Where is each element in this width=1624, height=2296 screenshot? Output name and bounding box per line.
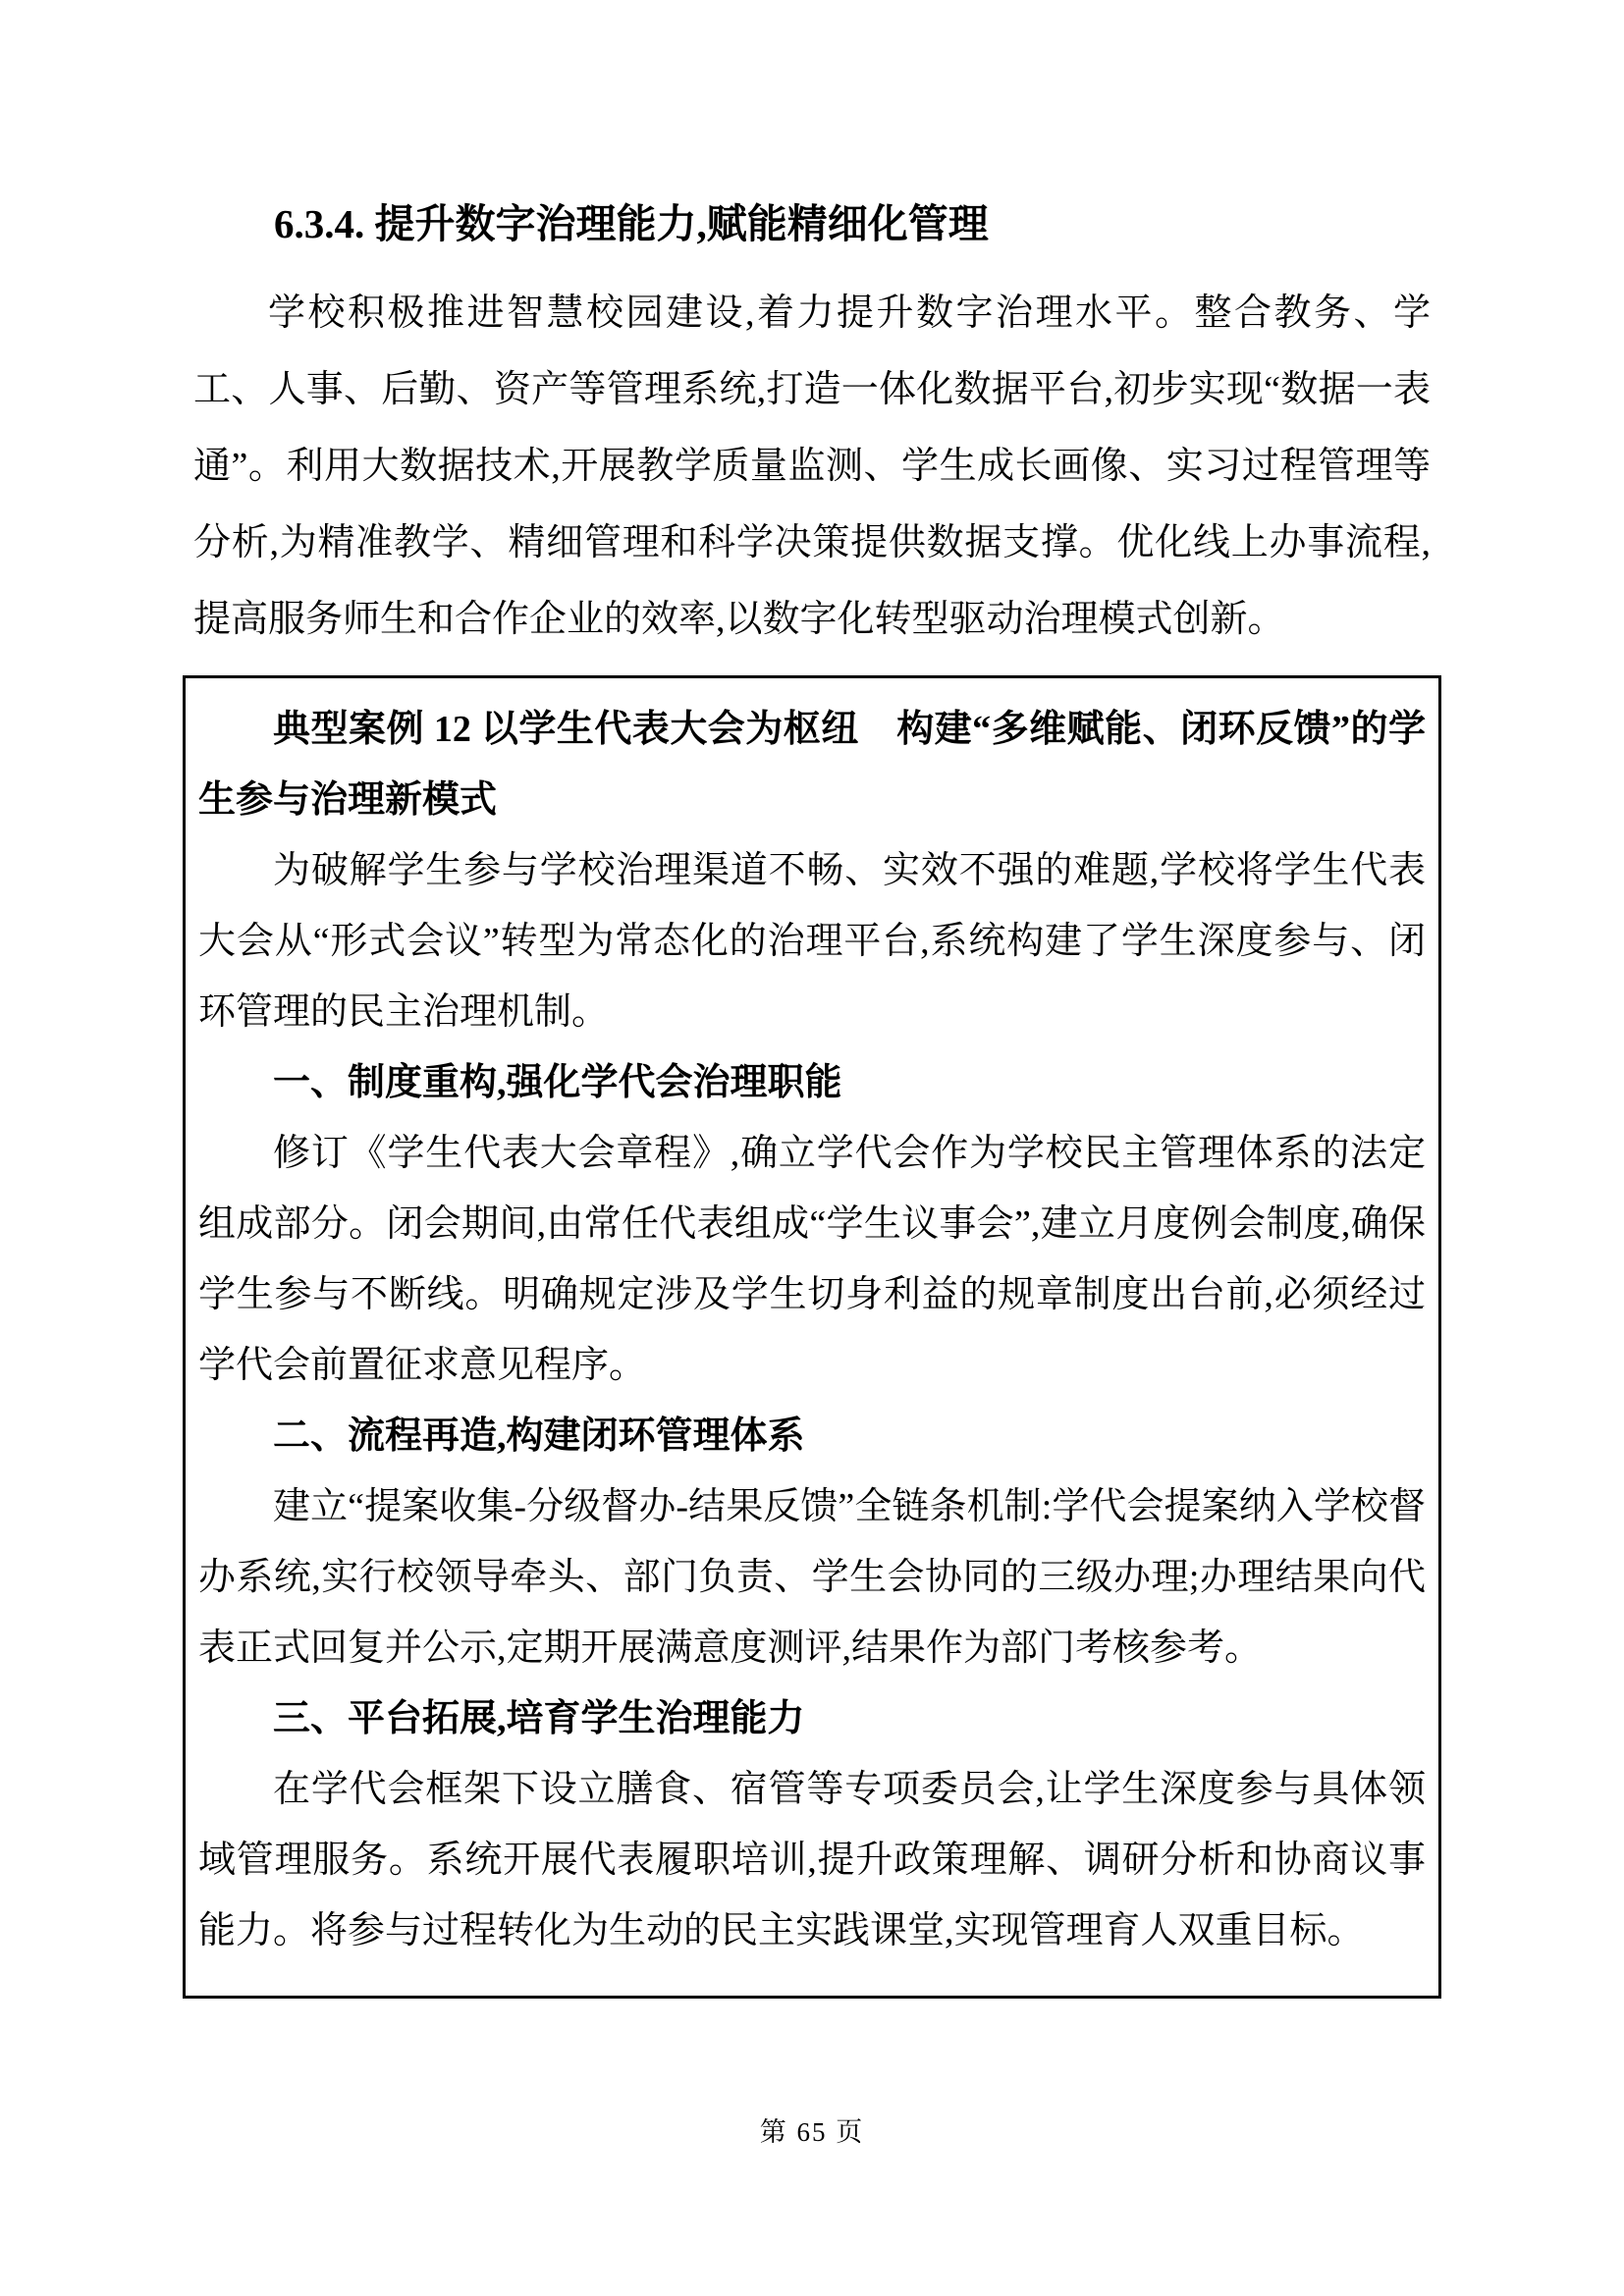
- page-footer: 第 65 页: [0, 2110, 1624, 2149]
- intro-paragraph: 学校积极推进智慧校园建设,着力提升数字治理水平。整合教务、学工、人事、后勤、资产…: [193, 275, 1431, 658]
- case-box-title: 典型案例 12 以学生代表大会为枢纽 构建“多维赋能、闭环反馈”的学生参与治理新…: [198, 694, 1426, 835]
- case-subheading-2: 二、流程再造,构建闭环管理体系: [198, 1401, 1426, 1471]
- case-study-box: 典型案例 12 以学生代表大会为枢纽 构建“多维赋能、闭环反馈”的学生参与治理新…: [183, 675, 1441, 1999]
- case-paragraph-1: 修订《学生代表大会章程》,确立学代会作为学校民主管理体系的法定组成部分。闭会期间…: [198, 1118, 1426, 1401]
- page-number: 第 65 页: [760, 2117, 865, 2147]
- page-content: 6.3.4. 提升数字治理能力,赋能精细化管理 学校积极推进智慧校园建设,着力提…: [193, 194, 1431, 1999]
- case-subheading-1: 一、制度重构,强化学代会治理职能: [198, 1047, 1426, 1118]
- case-paragraph-3: 在学代会框架下设立膳食、宿管等专项委员会,让学生深度参与具体领域管理服务。系统开…: [198, 1754, 1426, 1966]
- case-paragraph-overview: 为破解学生参与学校治理渠道不畅、实效不强的难题,学校将学生代表大会从“形式会议”…: [198, 835, 1426, 1047]
- case-subheading-3: 三、平台拓展,培育学生治理能力: [198, 1683, 1426, 1754]
- section-heading: 6.3.4. 提升数字治理能力,赋能精细化管理: [193, 194, 1431, 253]
- document-page: { "page": { "section_heading": "6.3.4. 提…: [0, 0, 1624, 2296]
- case-paragraph-2: 建立“提案收集-分级督办-结果反馈”全链条机制:学代会提案纳入学校督办系统,实行…: [198, 1471, 1426, 1683]
